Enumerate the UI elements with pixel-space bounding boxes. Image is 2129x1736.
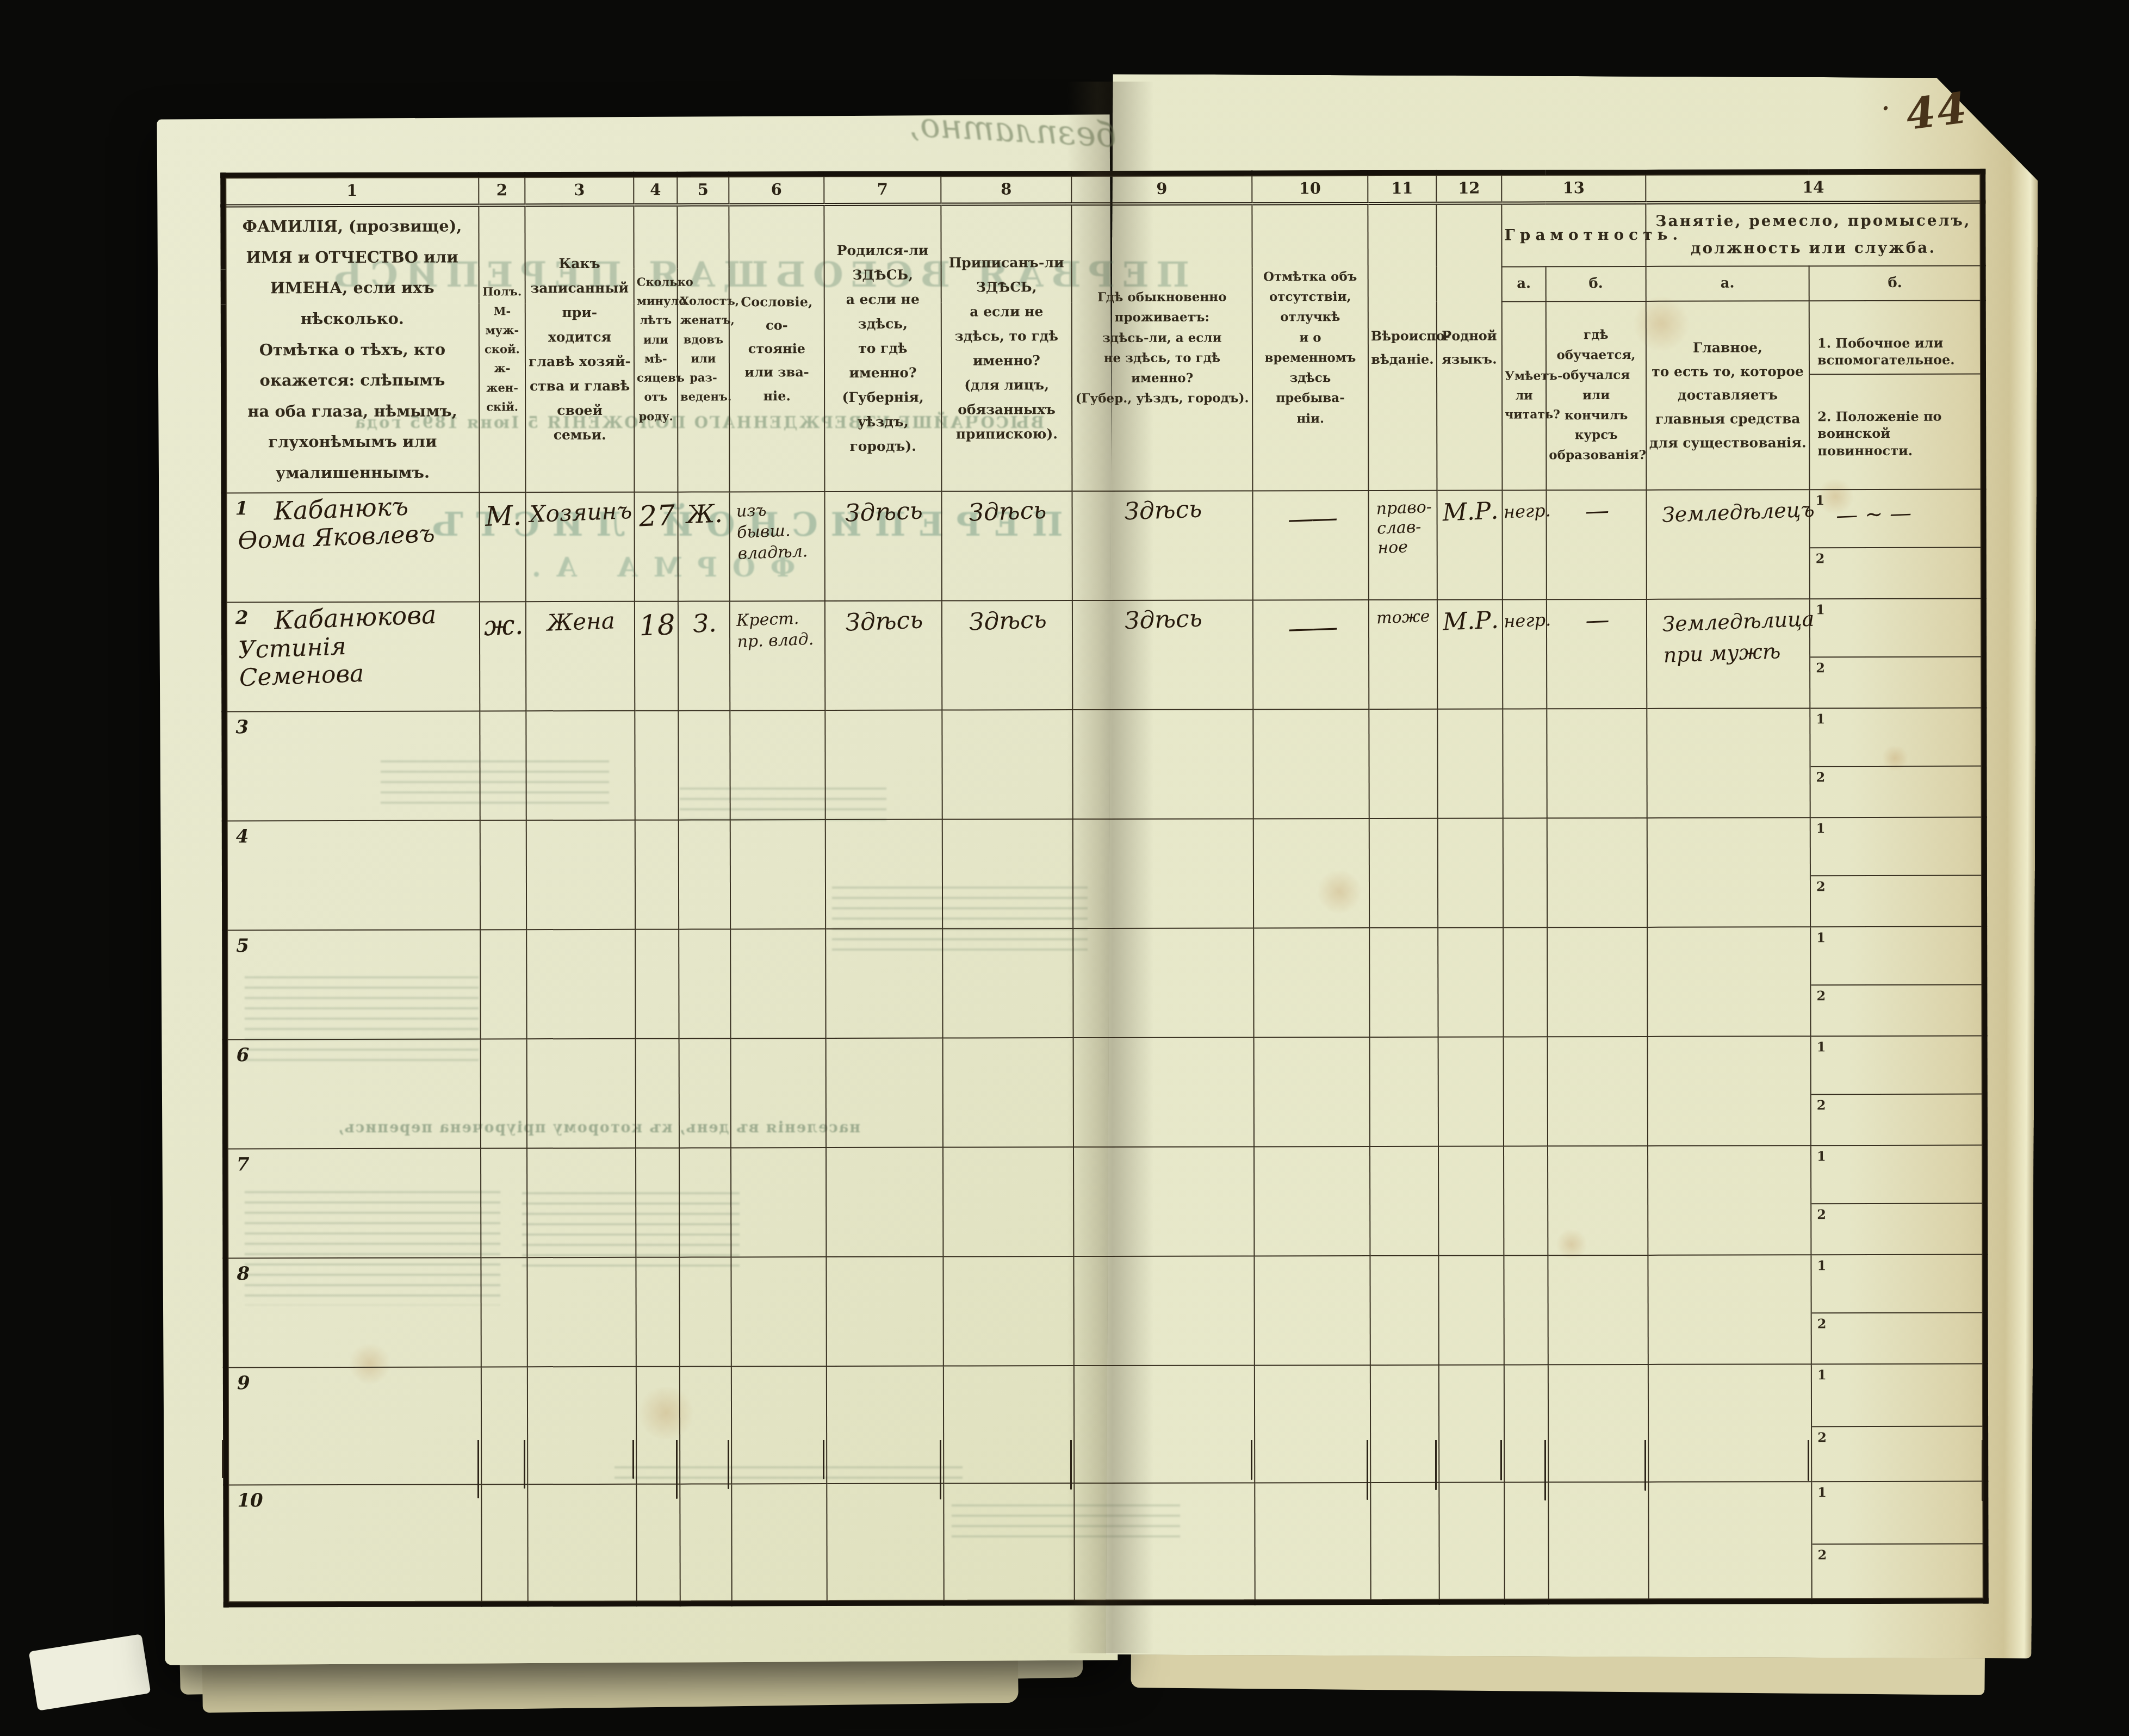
table-row: 312	[224, 708, 1984, 821]
entry-name-block	[227, 930, 480, 935]
column-line-tail	[632, 1440, 634, 1479]
entry-c5	[679, 928, 730, 938]
entry-c7: Здѣсь	[825, 488, 942, 528]
paper-scrap-corner	[29, 1634, 151, 1710]
entry-c2	[481, 819, 526, 829]
entry-name-block	[228, 1039, 480, 1044]
entry-c4	[635, 710, 678, 720]
entry-c13a: негр.	[1503, 598, 1547, 631]
entry-c14b: 12	[1811, 1145, 1982, 1254]
column-line-tail	[1808, 1440, 1809, 1481]
header-residence-column: Гдѣ обыкновенно проживаетъ: здѣсь-ли, а …	[1071, 203, 1252, 491]
entry-c3: Хозяинъ	[526, 489, 635, 527]
table-row: 1КабанюкъѲома ЯковлевъМ.Хозяинъ27Ж.изъ б…	[224, 489, 1983, 602]
entry-c14b: 12	[1812, 1364, 1983, 1481]
entry-c2	[482, 1483, 527, 1493]
entry-c6: изъ бывш. владѣл.	[730, 489, 827, 565]
entry-c5	[680, 1146, 731, 1157]
column-line-tail	[222, 1440, 224, 1478]
entry-c9: Здѣсь	[1072, 485, 1253, 527]
entry-c11	[1370, 816, 1438, 828]
entry-c2	[481, 1256, 527, 1267]
entry-c11: тоже	[1369, 598, 1438, 629]
entry-c12	[1439, 1144, 1504, 1155]
column-line-tail	[524, 1440, 525, 1489]
entry-c11	[1370, 1144, 1438, 1156]
entry-c2: М.	[480, 491, 526, 532]
entry-c12	[1438, 816, 1503, 827]
column-number-row: 1 2 3 4 5 6 7 8 9 10 11 12 13 14	[223, 172, 1983, 206]
row-number: 7	[237, 1154, 250, 1175]
entry-c14b: 12	[1811, 817, 1982, 926]
entry-name-block: КабанюкъѲома Яковлевъ	[226, 493, 479, 555]
entry-c14b: 12	[1810, 599, 1981, 708]
entry-c11	[1369, 707, 1437, 718]
header-marital-column: Холостъ, женатъ, вдовъ или раз- веденъ.	[677, 204, 729, 492]
sheet-number: 44	[1880, 83, 1971, 143]
literacy-sub-a-label: а.	[1502, 266, 1546, 301]
header-relation-column: Какъ записанный при- ходится главѣ хозяй…	[525, 205, 634, 492]
entry-c14b1: — ~ —	[1810, 483, 1982, 529]
entry-c13a	[1503, 708, 1547, 721]
entry-c8: Здѣсь	[942, 487, 1072, 528]
row-number: 4	[236, 826, 249, 847]
column-number: 1	[223, 175, 479, 206]
entry-c13a	[1504, 1254, 1548, 1268]
header-registered-column: Приписанъ-ли ЗДѢСЬ, а если не здѣсь, то …	[941, 204, 1072, 491]
entry-c9: Здѣсь	[1073, 594, 1253, 636]
header-religion-column: Вѣроиспо- вѣданіе.	[1368, 203, 1437, 491]
entry-c12: М.Р.	[1437, 488, 1503, 526]
entry-c13a	[1505, 1481, 1548, 1495]
entry-c2	[481, 1038, 527, 1048]
entry-name-block	[228, 1485, 481, 1490]
column-line-tail	[1435, 1440, 1437, 1490]
entry-c4	[637, 1483, 680, 1493]
entry-c14b: 1— ~ —2	[1810, 489, 1981, 598]
entry-c2	[480, 710, 526, 720]
table-row: 412	[225, 817, 1984, 930]
entry-c11	[1370, 1254, 1438, 1265]
row-number: 10	[237, 1490, 263, 1511]
occupation-main-header: Главное, то есть то, которое доставляетъ…	[1646, 301, 1810, 490]
entry-c5: З.	[679, 600, 730, 638]
column-line-tail	[728, 1440, 729, 1489]
entry-c14a: Земледѣлецъ	[1647, 485, 1810, 531]
entry-c2	[481, 1147, 527, 1157]
entry-c4	[637, 1366, 680, 1376]
column-line-tail	[823, 1440, 824, 1479]
column-line-tail	[1500, 1440, 1502, 1480]
entry-c10: ——	[1253, 487, 1369, 535]
entry-c5	[680, 1365, 731, 1375]
entry-c14a: Земледѣлица при мужѣ	[1647, 594, 1812, 672]
census-table-body: 1КабанюкъѲома ЯковлевъМ.Хозяинъ27Ж.изъ б…	[224, 489, 1985, 1604]
entry-c6: Крест. пр. влад.	[730, 598, 826, 653]
entry-c4	[636, 928, 679, 939]
row-number: 3	[235, 716, 249, 738]
entry-c2: ж.	[480, 600, 527, 641]
row-number: 9	[237, 1372, 250, 1394]
census-table-wrap: 1 2 3 4 5 6 7 8 9 10 11 12 13 14 ФАМИЛІЯ…	[220, 169, 1989, 1608]
entry-c5	[680, 1483, 731, 1493]
header-birthplace-column: Родился-ли ЗДѢСЬ, а если не здѣсь, то гд…	[824, 204, 941, 492]
entry-c13a	[1504, 817, 1547, 830]
entry-c13a: негр.	[1503, 489, 1547, 522]
entry-c13b: —	[1547, 487, 1647, 526]
column-number: 13	[1501, 172, 1646, 203]
column-number: 14	[1646, 172, 1983, 203]
column-line-tail	[1982, 1440, 1983, 1501]
entry-c12	[1439, 1254, 1504, 1264]
occupation-side-line1: 1. Побочное или вспомогательное.	[1810, 325, 1981, 375]
entry-c8: Здѣсь	[942, 597, 1073, 637]
entry-c11	[1371, 1363, 1439, 1374]
entry-c13a	[1504, 1036, 1548, 1049]
table-row: 512	[225, 926, 1984, 1039]
entry-c14b: 12	[1810, 708, 1981, 817]
column-number: 10	[1252, 173, 1368, 203]
entry-name-block	[228, 1367, 481, 1372]
entry-c13b: —	[1547, 596, 1647, 635]
column-number: 5	[677, 174, 729, 204]
column-line-tail	[1251, 1440, 1252, 1480]
column-line-tail	[676, 1440, 678, 1499]
column-line-tail	[940, 1440, 941, 1499]
header-estate-column: Сословіе, со- стояніе или зва- ніе.	[729, 204, 824, 492]
entry-c2	[482, 1366, 527, 1376]
entry-c13a	[1504, 1145, 1548, 1158]
entry-c13a	[1504, 926, 1547, 940]
entry-c10: ——	[1253, 596, 1370, 644]
entry-c11	[1370, 926, 1438, 937]
entry-c12	[1439, 1480, 1504, 1491]
entry-c5: Ж.	[678, 491, 730, 529]
entry-c14b: 12	[1811, 1255, 1982, 1363]
column-number: 8	[941, 173, 1071, 204]
occupation-sub-a-label: а.	[1646, 266, 1809, 301]
entry-c11	[1370, 1035, 1438, 1046]
census-table-header: 1 2 3 4 5 6 7 8 9 10 11 12 13 14 ФАМИЛІЯ…	[223, 172, 1983, 493]
column-number: 12	[1436, 172, 1501, 203]
literacy-sub-b-label: б.	[1546, 266, 1646, 301]
entry-name-block	[228, 1258, 480, 1263]
photographed-census-spread: безплатно, ПЕРВАЯ ВСЕОБЩАЯ ПЕРЕПИСЬ ВЫСО…	[0, 0, 2129, 1736]
column-line-tail	[1644, 1440, 1646, 1491]
table-row: 2КабанюковаУстинія Семеноваж.Жена18З.Кре…	[224, 598, 1984, 711]
entry-c5	[680, 1037, 731, 1047]
header-surname-column: ФАМИЛІЯ, (прозвище), ИМЯ и ОТЧЕСТВО или …	[223, 205, 479, 493]
entry-c12: М.Р.	[1438, 598, 1503, 636]
row-number: 8	[237, 1263, 250, 1285]
column-number: 11	[1368, 173, 1436, 203]
entry-c14b: 12	[1812, 1481, 1983, 1598]
table-row: 1012	[226, 1481, 1985, 1604]
table-row: 712	[225, 1145, 1985, 1258]
entry-c4	[636, 1038, 679, 1048]
header-title-row: ФАМИЛІЯ, (прозвище), ИМЯ и ОТЧЕСТВО или …	[223, 202, 1983, 270]
entry-c11: право- слав- ное	[1369, 488, 1439, 559]
entry-c2	[481, 928, 526, 939]
column-number: 7	[824, 174, 941, 204]
entry-c7: Здѣсь	[825, 597, 942, 637]
column-number: 6	[729, 174, 824, 204]
header-sex-column: Полъ. М-муж- ской. ж-жен- скій.	[479, 205, 525, 492]
entry-c3: Жена	[526, 598, 635, 636]
census-table: 1 2 3 4 5 6 7 8 9 10 11 12 13 14 ФАМИЛІЯ…	[220, 169, 1989, 1608]
entry-c5	[680, 1256, 731, 1266]
occupation-side-header: 1. Побочное или вспомогательное. 2. Поло…	[1809, 300, 1984, 489]
occupation-military-line2: 2. Положеніе по воинской повинности.	[1810, 399, 1981, 464]
literacy-school-header: гдѣ обучается, обучался или кончилъ курс…	[1546, 301, 1647, 490]
entry-c14b: 12	[1811, 927, 1982, 1036]
entry-c5	[679, 709, 730, 720]
column-line-tail	[1367, 1440, 1368, 1500]
entry-c12	[1439, 1035, 1504, 1046]
entry-name-block	[228, 1149, 480, 1154]
table-row: 612	[225, 1036, 1985, 1149]
entry-given-name: Устинія Семенова	[238, 628, 479, 692]
column-number: 9	[1071, 173, 1252, 204]
entry-c13a	[1505, 1363, 1548, 1377]
entry-c4: 18	[635, 600, 679, 642]
occupation-sub-b-label: б.	[1809, 265, 1983, 301]
column-line-tail	[477, 1440, 479, 1498]
entry-c4	[636, 1147, 679, 1157]
column-number: 3	[525, 175, 634, 205]
literacy-read-header: Умѣетъ- ли читать?	[1502, 301, 1547, 490]
column-number: 2	[479, 175, 525, 205]
column-number: 4	[634, 175, 677, 205]
table-row: 812	[225, 1254, 1985, 1367]
header-language-column: Родной языкъ.	[1436, 203, 1502, 490]
entry-c14b: 12	[1811, 1036, 1982, 1145]
entry-c12	[1438, 926, 1503, 937]
table-row: 912	[226, 1363, 1985, 1485]
entry-c4	[636, 1256, 679, 1267]
column-line-tail	[1070, 1440, 1072, 1490]
entry-name-block	[227, 711, 479, 716]
entry-name-block	[227, 821, 480, 826]
row-number: 6	[237, 1044, 250, 1066]
entry-c5	[679, 819, 730, 829]
header-literacy-group: Грамотность.	[1501, 203, 1646, 266]
entry-c11	[1371, 1480, 1439, 1492]
entry-name-block: КабанюковаУстинія Семенова	[227, 602, 479, 692]
entry-c4	[636, 819, 679, 829]
entry-c12	[1439, 1363, 1504, 1374]
row-number: 5	[236, 935, 249, 957]
entry-c4: 27	[635, 491, 679, 533]
header-age-column: Сколько минуло лѣтъ или мѣ- сяцевъ отъ р…	[634, 205, 678, 492]
header-occupation-group: Занятіе, ремесло, промыселъ, должность и…	[1646, 202, 1983, 266]
column-line-tail	[1544, 1440, 1546, 1501]
entry-c12	[1438, 707, 1503, 718]
header-absence-column: Отмѣтка объ отсутствіи, отлучкѣ и о врем…	[1252, 203, 1368, 491]
